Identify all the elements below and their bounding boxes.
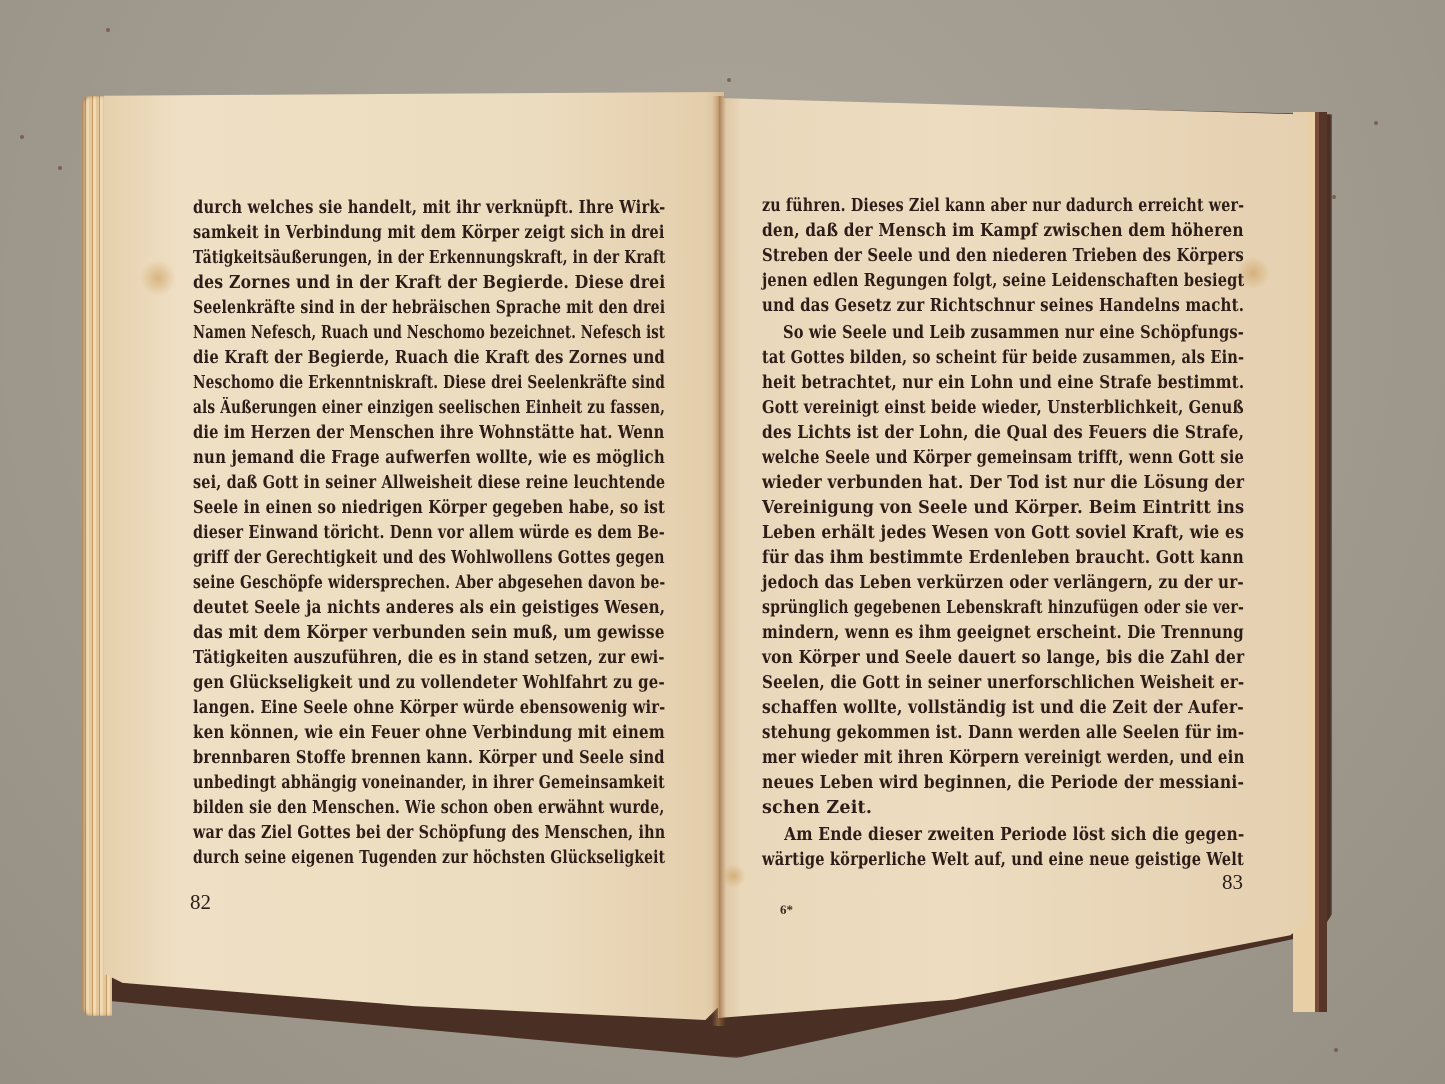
background-speck <box>106 28 110 32</box>
text-line: jedoch das Leben verkürzen oder verlänge… <box>762 573 1244 593</box>
text-line: welche Seele und Körper gemeinsam trifft… <box>762 448 1244 468</box>
text-line: sei, daß Gott in seiner Allweisheit dies… <box>193 473 665 493</box>
text-line: zu führen. Dieses Ziel kann aber nur dad… <box>762 196 1244 216</box>
background-speck <box>20 135 24 139</box>
text-line: nun jemand die Frage aufwerfen wollte, w… <box>193 448 665 468</box>
text-line: Seelen, die Gott in seiner unerforschlic… <box>762 673 1244 693</box>
signature-mark: 6* <box>780 902 793 918</box>
text-line: sprünglich gegebenen Lebenskraft hinzufü… <box>762 598 1244 618</box>
text-line: wieder verbunden hat. Der Tod ist nur di… <box>762 473 1244 493</box>
text-line: des Zornes und in der Kraft der Begierde… <box>193 273 665 293</box>
book-gutter <box>712 96 726 1026</box>
text-line: bilden sie den Menschen. Wie schon oben … <box>193 798 664 818</box>
text-line: griff der Gerechtigkeit und des Wohlwoll… <box>193 548 665 568</box>
text-line: neues Leben wird beginnen, die Periode d… <box>762 773 1244 793</box>
text-line: wärtige körperliche Welt auf, und eine n… <box>762 850 1244 870</box>
foxing-stain <box>722 864 746 888</box>
text-line: ken können, wie ein Feuer ohne Verbindun… <box>193 723 665 743</box>
text-line: dieser Einwand töricht. Denn vor allem w… <box>193 523 665 543</box>
text-line: unbedingt abhängig voneinander, in ihrer… <box>193 773 665 793</box>
text-line: und das Gesetz zur Richtschnur seines Ha… <box>762 296 1244 316</box>
text-line: schaffen wollte, vollständig ist und die… <box>762 698 1244 718</box>
text-line: das mit dem Körper verbunden sein muß, u… <box>193 623 665 643</box>
text-line: Vereinigung von Seele und Körper. Beim E… <box>762 498 1244 518</box>
text-line: samkeit in Verbindung mit dem Körper zei… <box>193 223 665 243</box>
background-speck <box>1334 1048 1338 1052</box>
text-line: die Kraft der Begierde, Ruach die Kraft … <box>193 348 665 368</box>
text-line: des Lichts ist der Lohn, die Qual des Fe… <box>762 423 1244 443</box>
text-line: Tätigkeitsäußerungen, in der Erkennungsk… <box>193 248 665 268</box>
text-line: Neschomo die Erkenntniskraft. Diese drei… <box>193 373 665 393</box>
text-line: brennbaren Stoffe brennen kann. Körper u… <box>193 748 665 768</box>
background-speck <box>1332 195 1336 199</box>
text-line: für das ihm bestimmte Erdenleben braucht… <box>762 548 1244 568</box>
text-line: den, daß der Mensch im Kampf zwischen de… <box>762 221 1244 241</box>
text-line: jenen edlen Regungen folgt, seine Leiden… <box>762 271 1244 291</box>
text-line: schen Zeit. <box>762 798 872 818</box>
text-line: Tätigkeiten auszuführen, die es in stand… <box>193 648 665 668</box>
text-line: gen Glückseligkeit und zu vollendeter Wo… <box>193 673 665 693</box>
background-speck <box>727 78 731 82</box>
text-line: Seele in einen so niedrigen Körper gegeb… <box>193 498 665 518</box>
text-line: Namen Nefesch, Ruach und Neschomo bezeic… <box>193 323 665 343</box>
text-line: mer wieder mit ihren Körpern vereinigt w… <box>762 748 1245 768</box>
text-line: Streben der Seele und den niederen Trieb… <box>762 246 1244 266</box>
page-number-left: 82 <box>190 890 211 915</box>
text-line: mindern, wenn es ihm geeignet erscheint.… <box>762 623 1244 643</box>
background-speck <box>58 166 62 170</box>
foxing-stain <box>140 260 176 296</box>
text-line: Seelenkräfte sind in der hebräischen Spr… <box>193 298 665 318</box>
text-line: Am Ende dieser zweiten Periode löst sich… <box>762 825 1244 845</box>
text-line: als Äußerungen einer einzigen seelischen… <box>193 398 665 418</box>
background-speck <box>1374 121 1378 125</box>
text-line: von Körper und Seele dauert so lange, bi… <box>762 648 1244 668</box>
text-line: durch welches sie handelt, mit ihr verkn… <box>193 198 665 218</box>
text-line: tat Gottes bilden, so scheint für beide … <box>762 348 1244 368</box>
text-line: Leben erhält jedes Wesen von Gott soviel… <box>762 523 1244 543</box>
text-line: heit betrachtet, nur ein Lohn und eine S… <box>762 373 1244 393</box>
text-line: seine Geschöpfe widersprechen. Aber abge… <box>193 573 665 593</box>
text-line: So wie Seele und Leib zusammen nur eine … <box>762 323 1244 343</box>
text-line: Gott vereinigt einst beide wieder, Unste… <box>762 398 1244 418</box>
text-line: deutet Seele ja nichts anderes als ein g… <box>193 598 665 618</box>
text-line: langen. Eine Seele ohne Körper würde ebe… <box>193 698 665 718</box>
text-line: durch seine eigenen Tugenden zur höchste… <box>193 848 665 868</box>
text-line: stehung gekommen ist. Dann werden alle S… <box>762 723 1244 743</box>
text-line: die im Herzen der Menschen ihre Wohnstät… <box>193 423 664 443</box>
page-number-right: 83 <box>1222 870 1243 895</box>
text-line: war das Ziel Gottes bei der Schöpfung de… <box>193 823 665 843</box>
